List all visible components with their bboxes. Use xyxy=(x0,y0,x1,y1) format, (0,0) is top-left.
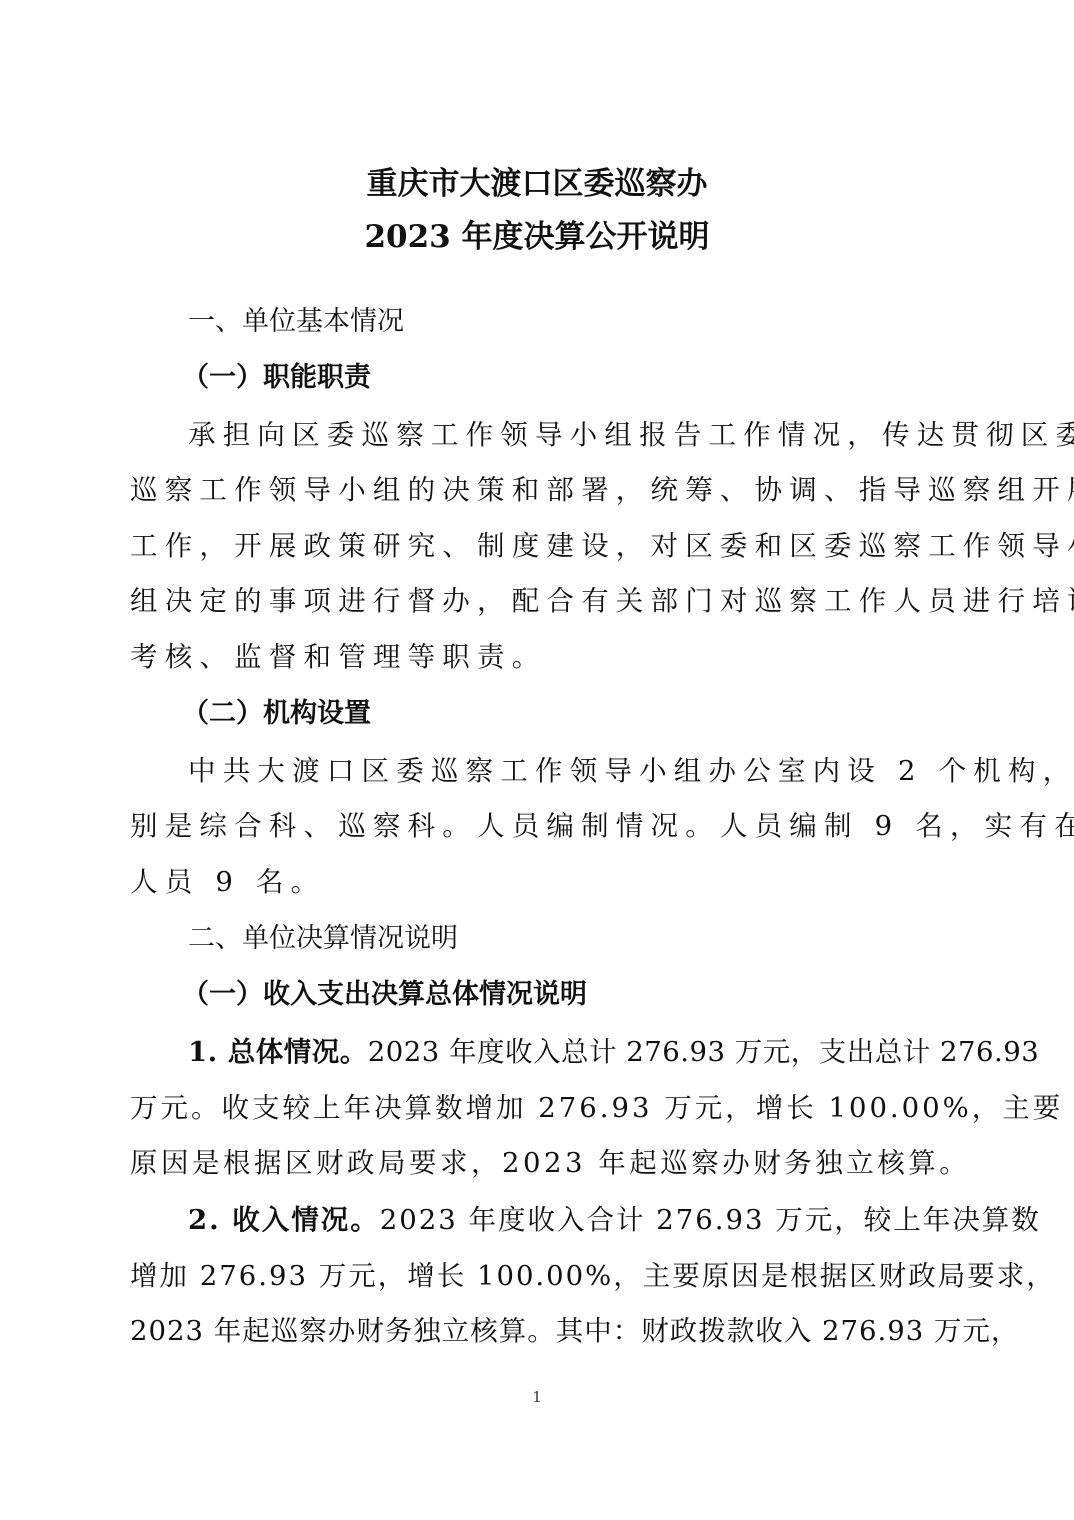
subsection-heading-1-2: （二）机构设置 xyxy=(182,697,998,731)
paragraph-line: 巡察工作领导小组的决策和部署，统筹、协调、指导巡察组开展 xyxy=(130,473,946,507)
section-heading-2: 二、单位决算情况说明 xyxy=(188,922,1004,956)
paragraph-line: 2. 收入情况。2023 年度收入合计 276.93 万元，较上年决算数 xyxy=(188,1203,1004,1237)
paragraph-line: 人员 9 名。 xyxy=(130,865,946,899)
paragraph-line: 工作，开展政策研究、制度建设，对区委和区委巡察工作领导小 xyxy=(130,529,946,563)
page-number: 1 xyxy=(0,1388,1074,1406)
paragraph-line: 中共大渡口区委巡察工作领导小组办公室内设 2 个机构，分 xyxy=(188,754,1004,788)
paragraph-line: 考核、监督和管理等职责。 xyxy=(130,640,946,674)
item-label: 1. 总体情况。 xyxy=(188,1036,368,1068)
paragraph-line: 原因是根据区财政局要求，2023 年起巡察办财务独立核算。 xyxy=(130,1146,946,1180)
paragraph-line: 2023 年起巡察办财务独立核算。其中：财政拨款收入 276.93 万元， xyxy=(130,1314,946,1348)
section-heading-1: 一、单位基本情况 xyxy=(188,305,1004,339)
subsection-heading-2-1: （一）收入支出决算总体情况说明 xyxy=(182,978,998,1012)
document-title-line2: 2023 年度决算公开说明 xyxy=(0,211,1074,256)
paragraph-line: 组决定的事项进行督办，配合有关部门对巡察工作人员进行培训、 xyxy=(130,584,946,618)
paragraph-line: 别是综合科、巡察科。人员编制情况。人员编制 9 名，实有在编 xyxy=(130,809,946,843)
document-title-line1: 重庆市大渡口区委巡察办 xyxy=(0,158,1074,203)
item-text: 2023 年度收入合计 276.93 万元，较上年决算数 xyxy=(380,1204,1041,1236)
subsection-heading-1-1: （一）职能职责 xyxy=(182,361,998,395)
item-text: 2023 年度收入总计 276.93 万元，支出总计 276.93 xyxy=(368,1036,1039,1068)
paragraph-line: 1. 总体情况。2023 年度收入总计 276.93 万元，支出总计 276.9… xyxy=(188,1035,1004,1069)
paragraph-line: 承担向区委巡察工作领导小组报告工作情况，传达贯彻区委 xyxy=(188,418,1004,452)
paragraph-line: 万元。收支较上年决算数增加 276.93 万元，增长 100.00%，主要 xyxy=(130,1091,946,1125)
item-label: 2. 收入情况。 xyxy=(188,1204,380,1236)
paragraph-line: 增加 276.93 万元，增长 100.00%，主要原因是根据区财政局要求， xyxy=(130,1259,946,1293)
